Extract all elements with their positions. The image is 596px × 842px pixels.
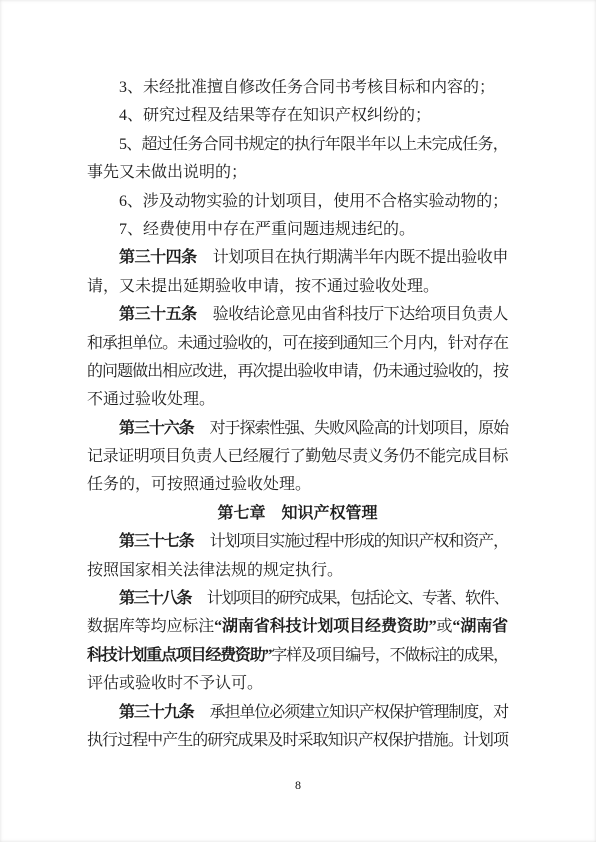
article-number: 第三十四条 (119, 249, 197, 266)
article-38-line-2: 数据库等均应标注“湖南省科技计划项目经费资助”或“湖南省 (87, 613, 508, 641)
document-page: 3、未经批准擅自修改任务合同书考核目标和内容的；4、研究过程及结果等存在知识产权… (0, 0, 596, 842)
funding-credit-label: “湖南省 (452, 618, 508, 635)
line-text: 第七章知识产权管理 (217, 500, 377, 528)
article-35-line-1: 第三十五条验收结论意见由省科技厅下达给项目负责人 (87, 301, 508, 329)
article-38-line-4: 评估或验收时不予认可。 (87, 670, 508, 698)
article-35-line-4: 不通过验收处理。 (87, 386, 508, 414)
line-text: 评估或验收时不予认可。 (87, 670, 263, 698)
text-run: 任务的，可按照通过验收处理。 (87, 476, 311, 493)
text-run: 6、涉及动物实验的计划项目，使用不合格实验动物的； (119, 193, 508, 210)
line-text: 事先又未做出说明的； (87, 159, 247, 187)
text-run: 3、未经批准擅自修改任务合同书考核目标和内容的； (119, 79, 495, 96)
chapter-number: 第七章 (217, 505, 265, 522)
article-39-line-2: 执行过程中产生的研究成果及时采取知识产权保护措施。计划项 (87, 727, 508, 755)
text-run: 不通过验收处理。 (87, 391, 215, 408)
line-text: 不通过验收处理。 (87, 386, 215, 414)
funding-credit-label: “湖南省科技计划项目经费资助” (214, 618, 436, 635)
article-36-line-1: 第三十六条对于探索性强、失败风险高的计划项目，原始 (87, 415, 508, 443)
line-text: 任务的，可按照通过验收处理。 (87, 471, 311, 499)
article-38-line-1: 第三十八条计划项目的研究成果，包括论文、专著、软件、 (87, 585, 508, 613)
article-37-line-2: 按照国家相关法律法规的规定执行。 (87, 557, 508, 585)
text-run: 字样及项目编号，不做标注的成果， (271, 647, 508, 664)
text-run: 事先又未做出说明的； (87, 164, 247, 181)
text-run: 对于探索性强、失败风险高的计划项目，原始 (210, 420, 508, 437)
text-run: 记录证明项目负责人已经履行了勤勉尽责义务仍不能完成目标 (87, 448, 508, 465)
line-text: 5、超过任务合同书规定的执行年限半年以上未完成任务， (119, 131, 508, 159)
line-text: 执行过程中产生的研究成果及时采取知识产权保护措施。计划项 (87, 727, 508, 755)
line-text: 第三十九条承担单位必须建立知识产权保护管理制度，对 (119, 699, 508, 727)
line-text: 记录证明项目负责人已经履行了勤勉尽责义务仍不能完成目标 (87, 443, 508, 471)
chapter-title: 知识产权管理 (282, 505, 378, 522)
article-number: 第三十七条 (119, 533, 194, 550)
line-text: 4、研究过程及结果等存在知识产权纠纷的； (119, 102, 431, 130)
article-36-line-2: 记录证明项目负责人已经履行了勤勉尽责义务仍不能完成目标 (87, 443, 508, 471)
line-text: 第三十六条对于探索性强、失败风险高的计划项目，原始 (119, 415, 508, 443)
clause-item-5-cont: 事先又未做出说明的； (87, 159, 508, 187)
document-text: 3、未经批准擅自修改任务合同书考核目标和内容的；4、研究过程及结果等存在知识产权… (87, 74, 508, 755)
article-39-line-1: 第三十九条承担单位必须建立知识产权保护管理制度，对 (87, 699, 508, 727)
line-text: 和承担单位。未通过验收的，可在接到通知三个月内，针对存在 (87, 330, 508, 358)
line-text: 3、未经批准擅自修改任务合同书考核目标和内容的； (119, 74, 495, 102)
text-run: 或 (437, 618, 453, 635)
page-footer: 8 (0, 776, 596, 794)
text-run: 计划项目在执行期满半年内既不提出验收申 (213, 249, 508, 266)
text-run: 计划项目的研究成果，包括论文、专著、软件、 (207, 590, 508, 607)
text-run: 的问题做出相应改进，再次提出验收申请，仍未通过验收的，按 (87, 363, 508, 380)
article-number: 第三十五条 (119, 306, 197, 323)
line-text: 第三十五条验收结论意见由省科技厅下达给项目负责人 (119, 301, 508, 329)
article-number: 第三十六条 (119, 420, 194, 437)
line-text: 7、经费使用中存在严重问题违规违纪的。 (119, 216, 415, 244)
text-run: 请，又未提出延期验收申请，按不通过验收处理。 (87, 278, 439, 295)
text-run: 4、研究过程及结果等存在知识产权纠纷的； (119, 107, 431, 124)
text-run: 承担单位必须建立知识产权保护管理制度，对 (210, 704, 508, 721)
text-run: 和承担单位。未通过验收的，可在接到通知三个月内，针对存在 (87, 335, 508, 352)
line-text: 按照国家相关法律法规的规定执行。 (87, 557, 343, 585)
line-text: 数据库等均应标注“湖南省科技计划项目经费资助”或“湖南省 (87, 613, 508, 641)
text-run: 评估或验收时不予认可。 (87, 675, 263, 692)
text-run: 计划项目实施过程中形成的知识产权和资产， (210, 533, 508, 550)
article-35-line-3: 的问题做出相应改进，再次提出验收申请，仍未通过验收的，按 (87, 358, 508, 386)
article-number: 第三十九条 (119, 704, 194, 721)
text-run: 数据库等均应标注 (87, 618, 214, 635)
article-36-line-3: 任务的，可按照通过验收处理。 (87, 471, 508, 499)
clause-item-6: 6、涉及动物实验的计划项目，使用不合格实验动物的； (87, 188, 508, 216)
line-text: 科技计划重点项目经费资助”字样及项目编号，不做标注的成果， (87, 642, 508, 670)
text-run: 验收结论意见由省科技厅下达给项目负责人 (213, 306, 508, 323)
line-text: 第三十八条计划项目的研究成果，包括论文、专著、软件、 (119, 585, 508, 613)
text-run: 执行过程中产生的研究成果及时采取知识产权保护措施。计划项 (87, 732, 508, 749)
article-38-line-3: 科技计划重点项目经费资助”字样及项目编号，不做标注的成果， (87, 642, 508, 670)
funding-credit-label: 科技计划重点项目经费资助” (87, 647, 271, 664)
article-34-line-2: 请，又未提出延期验收申请，按不通过验收处理。 (87, 273, 508, 301)
clause-item-3: 3、未经批准擅自修改任务合同书考核目标和内容的； (87, 74, 508, 102)
text-run: 5、超过任务合同书规定的执行年限半年以上未完成任务， (119, 136, 508, 153)
article-34-line-1: 第三十四条计划项目在执行期满半年内既不提出验收申 (87, 244, 508, 272)
article-37-line-1: 第三十七条计划项目实施过程中形成的知识产权和资产， (87, 528, 508, 556)
clause-item-7: 7、经费使用中存在严重问题违规违纪的。 (87, 216, 508, 244)
line-text: 请，又未提出延期验收申请，按不通过验收处理。 (87, 273, 439, 301)
line-text: 6、涉及动物实验的计划项目，使用不合格实验动物的； (119, 188, 508, 216)
line-text: 的问题做出相应改进，再次提出验收申请，仍未通过验收的，按 (87, 358, 508, 386)
text-run: 按照国家相关法律法规的规定执行。 (87, 562, 343, 579)
clause-item-4: 4、研究过程及结果等存在知识产权纠纷的； (87, 102, 508, 130)
page-number: 8 (295, 778, 301, 792)
article-35-line-2: 和承担单位。未通过验收的，可在接到通知三个月内，针对存在 (87, 330, 508, 358)
line-text: 第三十七条计划项目实施过程中形成的知识产权和资产， (119, 528, 508, 556)
clause-item-5: 5、超过任务合同书规定的执行年限半年以上未完成任务， (87, 131, 508, 159)
chapter-7-heading: 第七章知识产权管理 (87, 500, 508, 528)
line-text: 第三十四条计划项目在执行期满半年内既不提出验收申 (119, 244, 508, 272)
article-number: 第三十八条 (119, 590, 191, 607)
text-run: 7、经费使用中存在严重问题违规违纪的。 (119, 221, 415, 238)
